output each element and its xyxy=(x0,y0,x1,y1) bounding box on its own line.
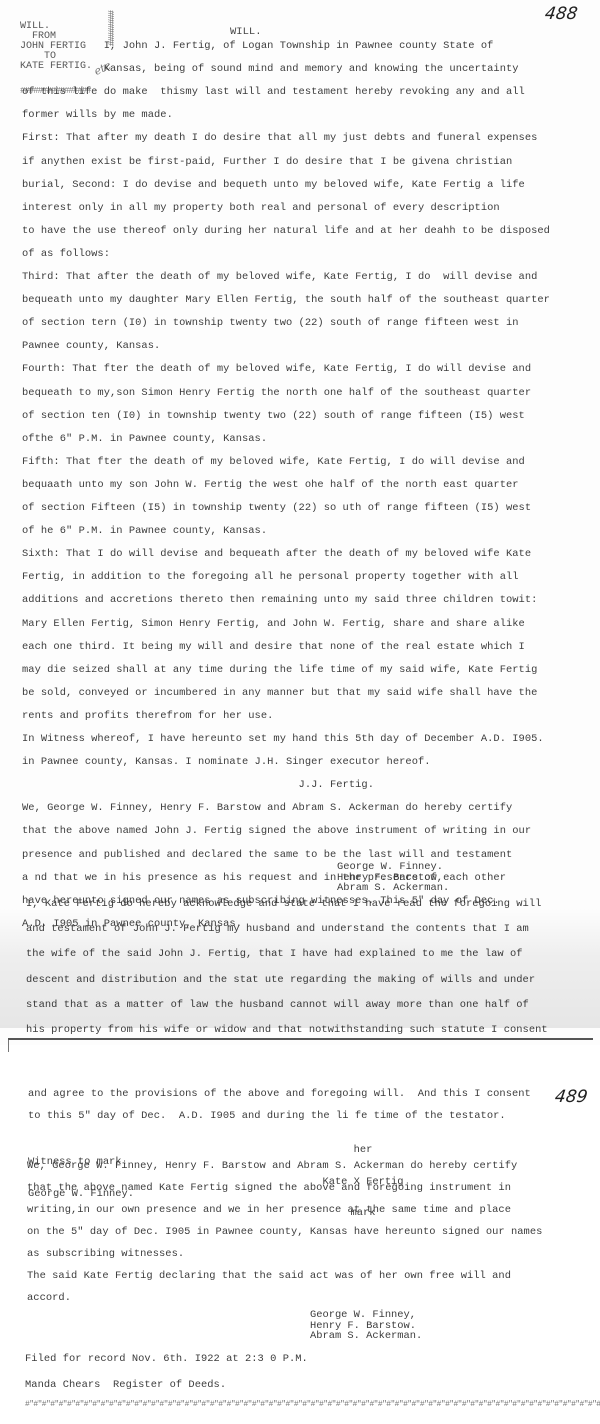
text-line: bequeath unto my daughter Mary Ellen Fer… xyxy=(22,294,550,306)
text-line: Fertig, in addition to the foregoing all… xyxy=(22,571,519,583)
text-line: that the above named Kate Fertig signed … xyxy=(27,1182,511,1194)
text-line: Third: That after the death of my belove… xyxy=(22,271,537,283)
text-line: additions and accretions thereto then re… xyxy=(22,594,537,606)
text-line: I, Kate Fertig do hereby acknowledge and… xyxy=(26,898,541,910)
text-line: of he 6" P.M. in Pawnee county, Kansas. xyxy=(22,525,267,537)
text-line: presence and published and declared the … xyxy=(22,849,512,861)
text-line: of section ten (I0) in township twenty t… xyxy=(22,410,525,422)
text-line: Sixth: That I do will devise and bequeat… xyxy=(22,548,531,560)
text-line: on the 5" day of Dec. I905 in Pawnee cou… xyxy=(27,1226,542,1238)
text-line: the wife of the said John J. Fertig, tha… xyxy=(26,948,523,960)
text-line: and agree to the provisions of the above… xyxy=(28,1088,531,1100)
witness-name: George W. Finney. xyxy=(337,862,449,873)
witness-to-mark-block: Witness to mark. George W. Finney. xyxy=(28,1136,134,1210)
text-line: ofthe 6" P.M. in Pawnee county, Kansas. xyxy=(22,433,267,445)
page-divider-tick xyxy=(8,1040,9,1052)
end-rule: #"#"#"#"#"#"#"#"#"#"#"#"#"#"#"#"#"#"#"#"… xyxy=(25,1400,600,1409)
text-line: bequaath unto my son John W. Fertig the … xyxy=(22,479,519,491)
text-line: in Pawnee county, Kansas. I nominate J.H… xyxy=(22,756,431,768)
text-line: Pawnee county, Kansas. xyxy=(22,340,160,352)
text-line: I, John J. Fertig, of Logan Township in … xyxy=(22,40,493,52)
text-line: to this 5" day of Dec. A.D. I905 and dur… xyxy=(28,1110,506,1122)
witness-name: Abram S. Ackerman. xyxy=(310,1331,422,1342)
text-line: Kansas, being of sound mind and memory a… xyxy=(22,63,519,75)
text-line: writing,in our own presence and we in he… xyxy=(27,1204,511,1216)
mark-her: her xyxy=(318,1145,408,1156)
text-line: of this life do make thismy last will an… xyxy=(22,86,525,98)
text-line: We, George W. Finney, Henry F. Barstow a… xyxy=(27,1160,517,1172)
text-line: In Witness whereof, I have hereunto set … xyxy=(22,733,544,745)
text-line: Fifth: That fter the death of my beloved… xyxy=(22,456,525,468)
page-number: 489 xyxy=(554,1087,589,1107)
witness-name: Abram S. Ackerman. xyxy=(337,883,449,894)
text-line: his property from his wife or widow and … xyxy=(26,1024,548,1036)
witness-signatures: George W. Finney.Henry F. Barstow,Abram … xyxy=(337,862,449,894)
text-line: be sold, conveyed or incumbered in any m… xyxy=(22,687,537,699)
text-line: of section Fifteen (I5) in township twen… xyxy=(22,502,531,514)
text-line: interest only in all my property both re… xyxy=(22,202,500,214)
text-line: each one third. It being my will and des… xyxy=(22,641,525,653)
document-title: WILL. xyxy=(230,26,262,38)
text-line: rents and profits therefrom for her use. xyxy=(22,710,273,722)
text-line: The said Kate Fertig declaring that the … xyxy=(27,1270,511,1282)
text-line: former wills by me made. xyxy=(22,109,173,121)
witness-name: George W. Finney, xyxy=(310,1310,422,1321)
text-line: stand that as a matter of law the husban… xyxy=(26,999,529,1011)
page-divider xyxy=(8,1038,593,1040)
filing-record: Filed for record Nov. 6th. I922 at 2:3 0… xyxy=(25,1353,308,1365)
text-line: Mary Ellen Fertig, Simon Henry Fertig, a… xyxy=(22,618,525,630)
text-line: descent and distribution and the stat ut… xyxy=(26,974,535,986)
text-line: to have the use thereof only during her … xyxy=(22,225,550,237)
text-line: bequeath to my,son Simon Henry Fertig th… xyxy=(22,387,531,399)
text-line: burial, Second: I do devise and bequeth … xyxy=(22,179,525,191)
text-line: of section tern (I0) in township twenty … xyxy=(22,317,519,329)
text-line: and testament of John J. Fertig my husba… xyxy=(26,923,529,935)
text-line: First: That after my death I do desire t… xyxy=(22,132,537,144)
text-line: may die seized shall at any time during … xyxy=(22,664,537,676)
text-line: J.J. Fertig. xyxy=(22,779,374,791)
text-line: as subscribing witnesses. xyxy=(27,1248,184,1260)
text-line: We, George W. Finney, Henry F. Barstow a… xyxy=(22,802,512,814)
text-line: that the above named John J. Fertig sign… xyxy=(22,825,531,837)
text-line: of as follows: xyxy=(22,248,110,260)
text-line: if anythen exist be first-paid, Further … xyxy=(22,156,512,168)
text-line: accord. xyxy=(27,1292,71,1304)
witness-signatures: George W. Finney,Henry F. Barstow.Abram … xyxy=(310,1310,422,1342)
text-line: Fourth: That fter the death of my belove… xyxy=(22,363,531,375)
page-number: 488 xyxy=(544,4,579,24)
register-of-deeds: Manda Chears Register of Deeds. xyxy=(25,1379,226,1391)
